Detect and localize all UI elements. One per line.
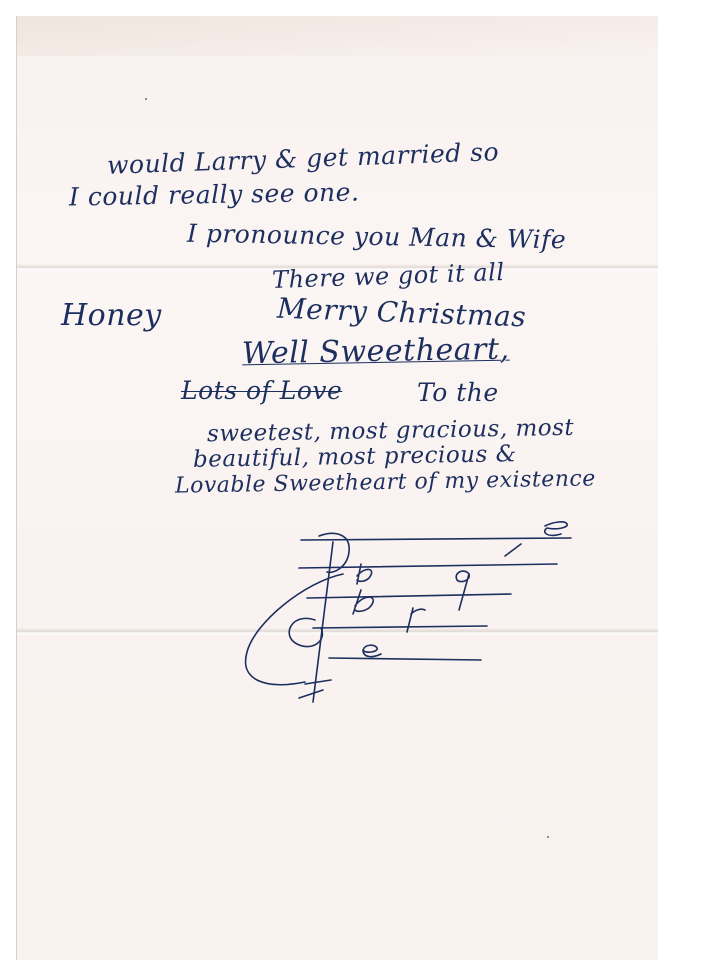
well-sweetheart-line: Well Sweetheart,	[242, 332, 510, 372]
lots-of-love-line: Lots of Love	[181, 376, 342, 405]
to-the-line: To the	[417, 378, 499, 407]
music-staff-drawing	[235, 512, 595, 712]
paper-speck	[547, 836, 549, 838]
letter-page: would Larry & get married so I could rea…	[16, 16, 658, 960]
side-note-honey: Honey	[61, 298, 162, 333]
staff-line	[313, 626, 487, 628]
paper-speck	[145, 98, 147, 100]
letter-line-3: I pronounce you Man & Wife	[187, 219, 567, 255]
staff-line	[329, 658, 481, 660]
merry-christmas-line: Merry Christmas	[277, 292, 527, 334]
staff-line	[301, 538, 571, 540]
letter-line-10: sweetest, most gracious, most	[207, 415, 575, 447]
letter-line-2: I could really see one.	[69, 177, 360, 211]
staff-line	[307, 594, 511, 598]
letter-line-1: would Larry & get married so	[107, 137, 500, 180]
staff-line	[299, 564, 557, 568]
paper-edge-shading	[17, 16, 658, 56]
